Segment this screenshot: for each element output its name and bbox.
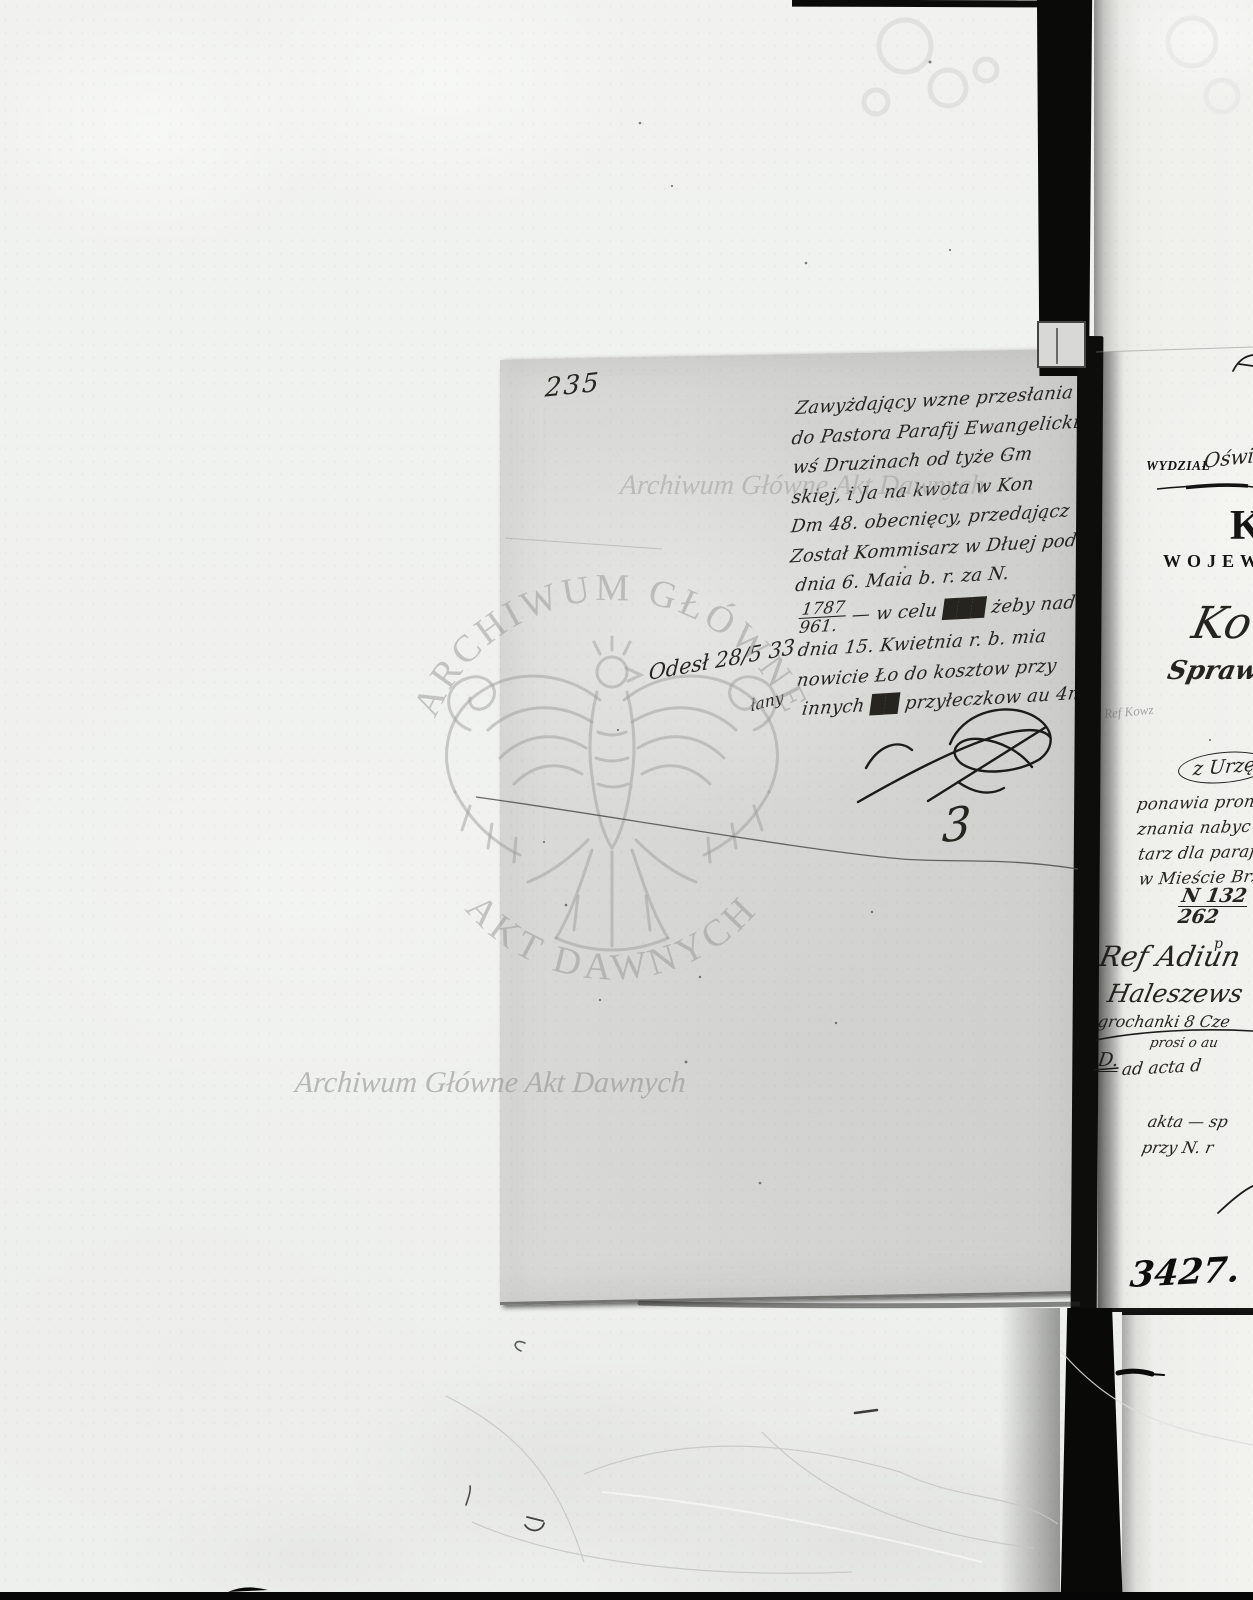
clerk-name-line-2: Haleszews xyxy=(1105,979,1246,1008)
lower-right-page-edge xyxy=(1122,1312,1253,1600)
docket-number: 3427. xyxy=(1128,1249,1241,1296)
reference-denominator: 262 xyxy=(1174,907,1246,927)
dispatch-date-note: Odesł 28/5 33 xyxy=(648,635,795,685)
script-heading-spraw: Spraw xyxy=(1165,656,1253,686)
reference-numerator: N 132 xyxy=(1178,886,1250,907)
digital-watermark-text: Archiwum Główne Akt Dawnych xyxy=(294,1066,687,1100)
department-value-handwritten: Oświ xyxy=(1203,443,1253,473)
clerk-initials: łany xyxy=(750,687,784,715)
film-edge-bottom xyxy=(0,1592,1253,1600)
body-line: tarz dla paraf xyxy=(1136,838,1253,867)
fraction-numerator: 1787 xyxy=(799,598,849,619)
handwriting-block: Zawyżdający wzne przesłania do Pastora P… xyxy=(788,377,1078,725)
body-line: znania nabyc xyxy=(1136,813,1253,842)
note-line-2: przy N. r xyxy=(1140,1138,1215,1157)
voivodeship-title: WOJEWO xyxy=(1163,551,1253,572)
lower-gutter-shade xyxy=(1000,1308,1060,1600)
body-text-block: ponawia pron znania nabyc tarz dla paraf… xyxy=(1137,788,1253,891)
archival-scan-photo: 235 Zawyżdający wzne przesłania do Pasto… xyxy=(0,0,1253,1600)
circled-phrase: z Urzę xyxy=(1176,749,1253,787)
reference-number: N 132 262 xyxy=(1174,886,1253,928)
page-number: 235 xyxy=(544,368,601,404)
binding-gutter-top xyxy=(1032,0,1094,376)
figure-mark: 3 xyxy=(941,795,972,853)
script-heading-ko: Ko xyxy=(1188,598,1253,649)
note-line-1: akta — sp xyxy=(1146,1112,1230,1131)
digital-watermark-text: Archiwum Główne Akt Dawnych xyxy=(619,470,986,502)
ad-acta-line: ad acta d xyxy=(1121,1056,1203,1080)
request-line: prosi o au xyxy=(1149,1035,1220,1051)
reference-fraction: 1787 961. xyxy=(796,598,848,637)
big-initial-letter: K xyxy=(1230,502,1253,550)
film-edge-top xyxy=(792,0,1038,7)
handwriting-line-rest: — w celu ███ żeby nad xyxy=(851,591,1077,625)
body-line: ponawia pron xyxy=(1135,788,1253,817)
department-label: WYDZIAŁ xyxy=(1146,458,1210,474)
reference-number-fraction: N 132 262 xyxy=(1174,886,1250,928)
